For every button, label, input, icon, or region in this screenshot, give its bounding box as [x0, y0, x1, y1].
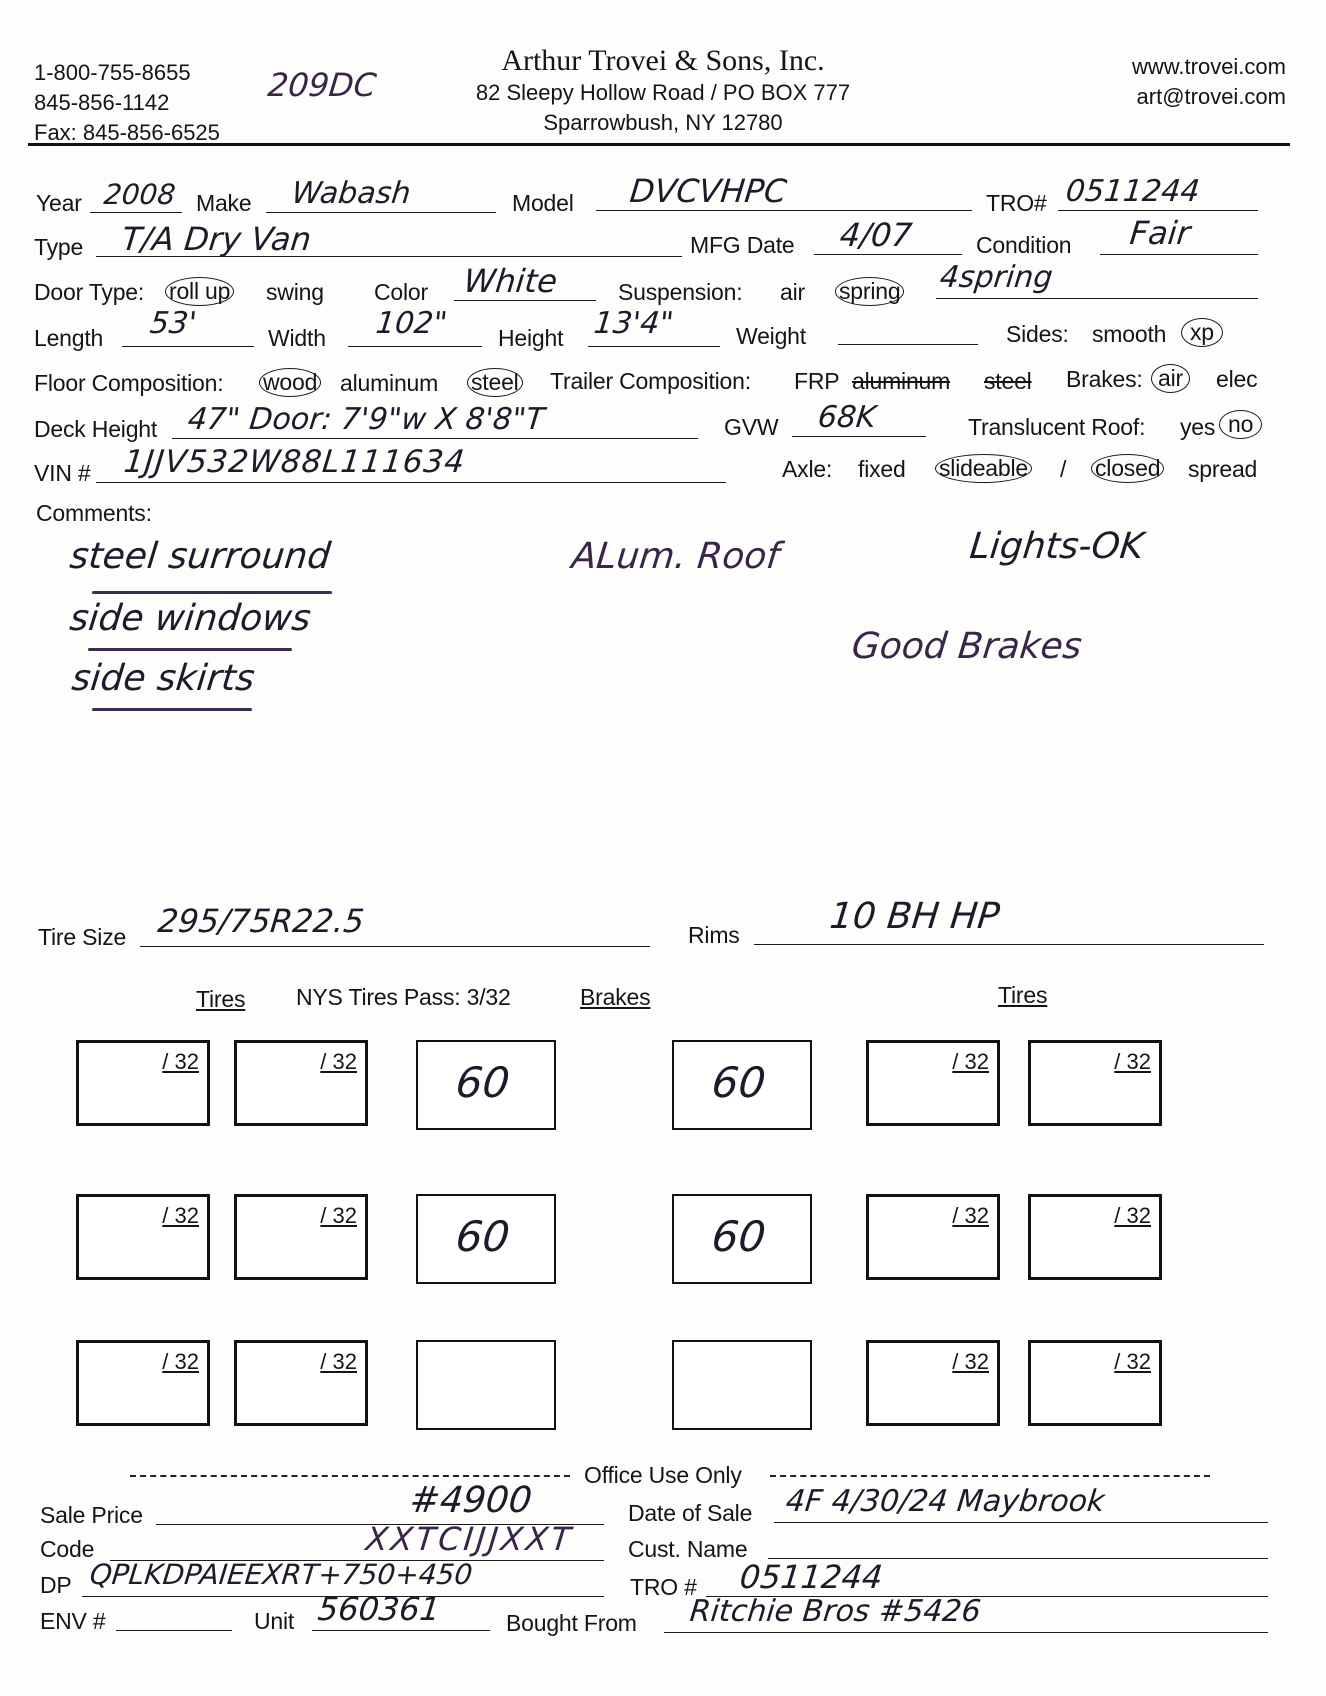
width-label: Width [268, 325, 326, 352]
sides-option-smooth[interactable]: smooth [1092, 321, 1166, 348]
trailer-comp-label: Trailer Composition: [550, 368, 751, 395]
header-divider [28, 143, 1290, 146]
suspension-option-air[interactable]: air [780, 279, 805, 306]
type-label: Type [34, 234, 83, 261]
door-type-label: Door Type: [34, 279, 144, 306]
axle-separator: / [1060, 456, 1066, 483]
nys-tires-pass: NYS Tires Pass: 3/32 [296, 984, 511, 1011]
tread-fraction: / 32 [1114, 1349, 1151, 1375]
make-field[interactable]: Wabash [290, 176, 412, 211]
company-header: Arthur Trovei & Sons, Inc. 82 Sleepy Hol… [0, 44, 1326, 138]
suspension-label: Suspension: [618, 279, 742, 306]
trailer-option-frp[interactable]: FRP [794, 368, 839, 395]
mfg-date-label: MFG Date [690, 232, 794, 259]
tread-fraction: / 32 [162, 1203, 199, 1229]
tire-box-right-3-2[interactable]: / 32 [1028, 1340, 1162, 1426]
code-label: Code [40, 1536, 94, 1563]
tread-fraction: / 32 [320, 1349, 357, 1375]
tire-box-left-1-1[interactable]: / 32 [76, 1040, 210, 1126]
address-line2: Sparrowbush, NY 12780 [0, 108, 1326, 138]
vin-label: VIN # [34, 460, 91, 487]
sale-price-field[interactable]: #4900 [408, 1480, 534, 1521]
tread-fraction: / 32 [1114, 1203, 1151, 1229]
height-field[interactable]: 13'4" [592, 306, 675, 341]
brakes-header: Brakes [580, 984, 650, 1011]
condition-label: Condition [976, 232, 1071, 259]
translucent-roof-label: Translucent Roof: [968, 414, 1145, 441]
brakes-label: Brakes: [1066, 366, 1143, 393]
brake-value: 60 [709, 1212, 768, 1261]
tro-field[interactable]: 0511244 [1064, 174, 1201, 209]
deck-height-label: Deck Height [34, 416, 157, 443]
tire-box-left-2-2[interactable]: / 32 [234, 1194, 368, 1280]
brake-box-right-2[interactable]: 60 [672, 1194, 812, 1284]
comment-steel-surround: steel surround [68, 536, 333, 577]
width-field[interactable]: 102" [374, 306, 449, 341]
address-line1: 82 Sleepy Hollow Road / PO BOX 777 [0, 78, 1326, 108]
cust-name-label: Cust. Name [628, 1536, 747, 1563]
type-field[interactable]: T/A Dry Van [120, 220, 313, 258]
tread-fraction: / 32 [320, 1203, 357, 1229]
length-label: Length [34, 325, 103, 352]
comment-alum-roof: ALum. Roof [570, 536, 782, 577]
tire-box-right-2-1[interactable]: / 32 [866, 1194, 1000, 1280]
brake-box-left-1[interactable]: 60 [416, 1040, 556, 1130]
model-label: Model [512, 190, 574, 217]
tread-fraction: / 32 [320, 1049, 357, 1075]
comment-side-skirts: side skirts [70, 658, 257, 699]
tro-label: TRO# [986, 190, 1047, 217]
make-label: Make [196, 190, 251, 217]
env-label: ENV # [40, 1608, 105, 1635]
comment-good-brakes: Good Brakes [850, 626, 1084, 667]
floor-option-wood[interactable]: wood [259, 368, 321, 397]
axle-label: Axle: [782, 456, 832, 483]
brake-value: 60 [453, 1058, 512, 1107]
office-use-title: Office Use Only [584, 1462, 742, 1489]
company-name: Arthur Trovei & Sons, Inc. [0, 44, 1326, 78]
tires-right-header: Tires [998, 982, 1047, 1009]
tire-box-right-3-1[interactable]: / 32 [866, 1340, 1000, 1426]
tread-fraction: / 32 [162, 1349, 199, 1375]
model-field[interactable]: DVCVHPC [628, 172, 788, 210]
rims-field[interactable]: 10 BH HP [828, 896, 1002, 937]
brakes-option-elec[interactable]: elec [1216, 366, 1257, 393]
floor-label: Floor Composition: [34, 370, 223, 397]
office-tro-field[interactable]: 0511244 [738, 1558, 885, 1596]
tread-fraction: / 32 [952, 1349, 989, 1375]
sides-option-xp[interactable]: xp [1181, 318, 1223, 347]
tire-box-right-2-2[interactable]: / 32 [1028, 1194, 1162, 1280]
web-contact: www.trovei.com art@trovei.com [1132, 52, 1286, 112]
tire-size-label: Tire Size [38, 924, 126, 951]
gvw-field[interactable]: 68K [816, 400, 878, 435]
brake-value: 60 [709, 1058, 768, 1107]
roof-option-yes[interactable]: yes [1180, 414, 1215, 441]
height-label: Height [498, 325, 563, 352]
rims-label: Rims [688, 922, 740, 949]
unit-label: Unit [254, 1608, 294, 1635]
tread-fraction: / 32 [952, 1203, 989, 1229]
code-field[interactable]: XXTCIJJXXT [364, 1520, 575, 1558]
tire-size-field[interactable]: 295/75R22.5 [156, 902, 366, 940]
tire-box-left-2-1[interactable]: / 32 [76, 1194, 210, 1280]
brake-box-left-3[interactable] [416, 1340, 556, 1430]
color-label: Color [374, 279, 428, 306]
trailer-option-steel[interactable]: steel [984, 368, 1032, 395]
brake-value: 60 [453, 1212, 512, 1261]
axle-option-spread[interactable]: spread [1188, 456, 1257, 483]
comment-side-windows: side windows [68, 598, 313, 639]
tire-box-right-1-1[interactable]: / 32 [866, 1040, 1000, 1126]
suspension-option-spring[interactable]: spring [835, 277, 904, 306]
sides-label: Sides: [1006, 321, 1069, 348]
brakes-option-air[interactable]: air [1151, 364, 1190, 393]
gvw-label: GVW [724, 414, 778, 441]
comments-label: Comments: [36, 500, 152, 527]
brake-box-left-2[interactable]: 60 [416, 1194, 556, 1284]
floor-option-steel[interactable]: steel [467, 368, 523, 397]
length-field[interactable]: 53' [148, 306, 198, 341]
trailer-option-aluminum[interactable]: aluminum [852, 368, 950, 395]
mfg-date-field[interactable]: 4/07 [838, 216, 914, 254]
axle-option-slideable[interactable]: slideable [935, 454, 1032, 483]
vin-field[interactable]: 1JJV532W88L111634 [122, 444, 467, 480]
website-link[interactable]: www.trovei.com [1132, 52, 1286, 82]
brake-box-right-1[interactable]: 60 [672, 1040, 812, 1130]
tread-fraction: / 32 [162, 1049, 199, 1075]
email-link[interactable]: art@trovei.com [1132, 82, 1286, 112]
tires-left-header: Tires [196, 986, 245, 1013]
dp-label: DP [40, 1572, 72, 1599]
bought-from-label: Bought From [506, 1610, 637, 1637]
sale-price-label: Sale Price [40, 1502, 143, 1529]
axle-option-closed[interactable]: closed [1091, 454, 1164, 483]
dp-field[interactable]: QPLKDPAIEEXRT+750+450 [88, 1558, 474, 1591]
year-field[interactable]: 2008 [102, 178, 177, 211]
tire-box-left-1-2[interactable]: / 32 [234, 1040, 368, 1126]
door-option-swing[interactable]: swing [266, 279, 324, 306]
floor-option-aluminum[interactable]: aluminum [340, 370, 438, 397]
comment-lights-ok: Lights-OK [968, 526, 1146, 567]
suspension-note[interactable]: 4spring [938, 260, 1054, 295]
office-divider-right [770, 1475, 1210, 1477]
color-field[interactable]: White [462, 262, 559, 300]
bought-from-field[interactable]: Ritchie Bros #5426 [688, 1594, 982, 1629]
tread-fraction: / 32 [952, 1049, 989, 1075]
office-divider-left [130, 1475, 570, 1477]
door-option-roll-up[interactable]: roll up [165, 277, 234, 306]
date-of-sale-label: Date of Sale [628, 1500, 752, 1527]
year-label: Year [36, 190, 82, 217]
tire-box-left-3-2[interactable]: / 32 [234, 1340, 368, 1426]
deck-height-field[interactable]: 47" Door: 7'9"w X 8'8"T [186, 402, 546, 437]
office-tro-label: TRO # [630, 1574, 697, 1601]
date-of-sale-field[interactable]: 4F 4/30/24 Maybrook [784, 1484, 1106, 1519]
weight-label: Weight [736, 323, 806, 350]
tire-box-right-1-2[interactable]: / 32 [1028, 1040, 1162, 1126]
condition-field[interactable]: Fair [1128, 214, 1192, 252]
axle-option-fixed[interactable]: fixed [858, 456, 906, 483]
tire-box-left-3-1[interactable]: / 32 [76, 1340, 210, 1426]
roof-option-no[interactable]: no [1219, 410, 1262, 439]
tread-fraction: / 32 [1114, 1049, 1151, 1075]
unit-field[interactable]: 560361 [316, 1590, 442, 1628]
brake-box-right-3[interactable] [672, 1340, 812, 1430]
